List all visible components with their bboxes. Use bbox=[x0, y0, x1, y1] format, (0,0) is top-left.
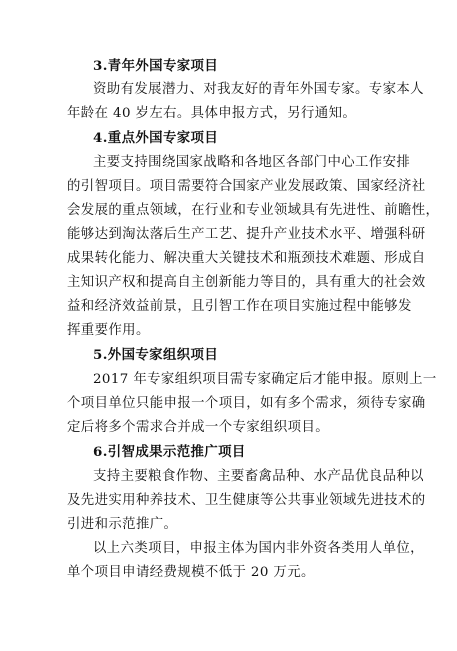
closing-line: 单个项目申请经费规模不低于 20 万元。 bbox=[67, 565, 389, 581]
paragraph-line: 益和经济效益前景，且引智工作在项目实施过程中能够发 bbox=[67, 299, 389, 315]
paragraph-line: 支持主要粮食作物、主要畜禽品种、水产品优良品种以 bbox=[93, 469, 389, 485]
paragraph-line: 的引智项目。项目需要符合国家产业发展政策、国家经济社 bbox=[67, 179, 389, 195]
paragraph-line: 能够达到淘汰落后生产工艺、提升产业技术水平、增强科研 bbox=[67, 227, 389, 243]
paragraph-line: 年龄在 40 岁左右。具体申报方式，另行通知。 bbox=[67, 106, 389, 122]
section-heading-5: 5.外国专家组织项目 bbox=[93, 347, 415, 363]
paragraph-line: 主知识产权和提高自主创新能力等目的，具有重大的社会效 bbox=[67, 275, 389, 291]
paragraph-line: 引进和示范推广。 bbox=[67, 517, 389, 533]
paragraph-line: 及先进实用种养技术、卫生健康等公共事业领域先进技术的 bbox=[67, 493, 389, 509]
paragraph-line: 资助有发展潜力、对我友好的青年外国专家。专家本人 bbox=[93, 82, 389, 98]
paragraph-line: 会发展的重点领域，在行业和专业领域具有先进性、前瞻性， bbox=[67, 203, 389, 219]
closing-line: 以上六类项目，申报主体为国内非外资各类用人单位， bbox=[93, 541, 389, 557]
paragraph-line: 主要支持围绕国家战略和各地区各部门中心工作安排 bbox=[93, 155, 389, 171]
paragraph-line: 定后将多个需求合并成一个专家组织项目。 bbox=[67, 420, 389, 436]
paragraph-line: 挥重要作用。 bbox=[67, 323, 389, 339]
paragraph-line: 2017 年专家组织项目需专家确定后才能申报。原则上一 bbox=[93, 372, 389, 388]
paragraph-line: 个项目单位只能申报一个项目，如有多个需求，须待专家确 bbox=[67, 396, 389, 412]
section-heading-3: 3.青年外国专家项目 bbox=[93, 58, 415, 74]
paragraph-line: 成果转化能力、解决重大关键技术和瓶颈技术难题、形成自 bbox=[67, 251, 389, 267]
section-heading-6: 6.引智成果示范推广项目 bbox=[93, 444, 415, 460]
section-heading-4: 4.重点外国专家项目 bbox=[93, 130, 415, 146]
document-page: 3.青年外国专家项目 资助有发展潜力、对我友好的青年外国专家。专家本人 年龄在 … bbox=[0, 0, 457, 651]
